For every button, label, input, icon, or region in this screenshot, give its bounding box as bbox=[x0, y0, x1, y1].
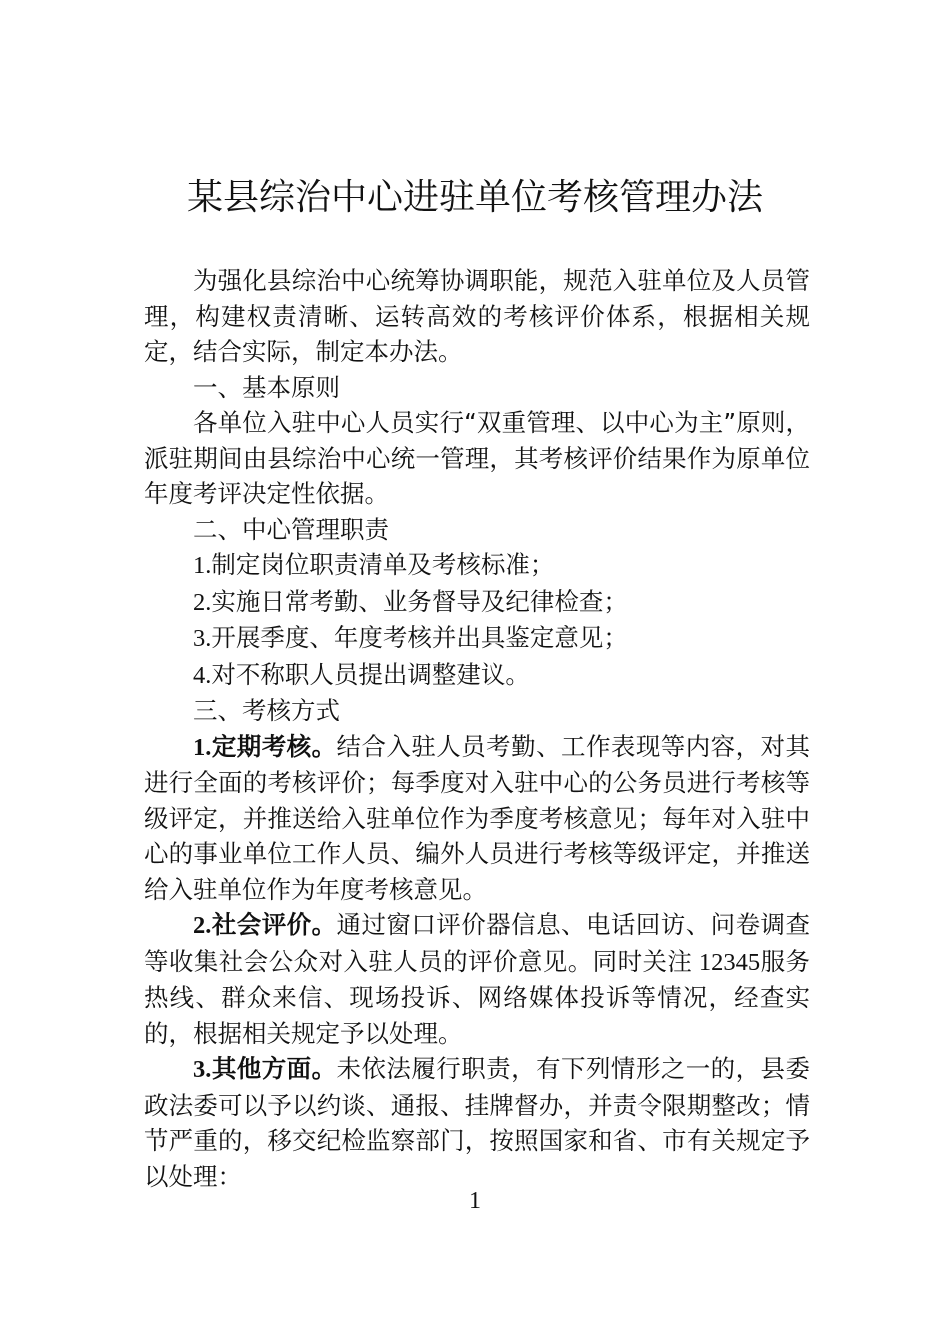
item-text: 对不称职人员提出调整建议。 bbox=[211, 660, 530, 689]
intro-paragraph: 为强化县综治中心统筹协调职能，规范入驻单位及人员管理，构建权责清晰、运转高效的考… bbox=[144, 263, 810, 370]
item-number: 3. bbox=[193, 625, 211, 652]
document-title: 某县综治中心进驻单位考核管理办法 bbox=[0, 170, 950, 226]
section-1-paragraph: 各单位入驻中心人员实行“双重管理、以中心为主”原则，派驻期间由县综治中心统一管理… bbox=[144, 405, 810, 512]
duty-item-4: 4.对不称职人员提出调整建议。 bbox=[144, 657, 810, 694]
document-page: 某县综治中心进驻单位考核管理办法 为强化县综治中心统筹协调职能，规范入驻单位及人… bbox=[0, 0, 950, 1344]
method-paragraph-2: 2.社会评价。通过窗口评价器信息、电话回访、问卷调查等收集社会公众对入驻人员的评… bbox=[144, 907, 810, 1051]
section-heading-1: 一、基本原则 bbox=[144, 370, 810, 406]
section-heading-3: 三、考核方式 bbox=[144, 693, 810, 729]
item-number: 4. bbox=[193, 662, 211, 689]
method-paragraph-1: 1.定期考核。结合入驻人员考勤、工作表现等内容，对其进行全面的考核评价；每季度对… bbox=[144, 729, 810, 908]
method-label: 社会评价。 bbox=[211, 910, 336, 939]
item-text: 开展季度、年度考核并出具鉴定意见； bbox=[211, 623, 628, 652]
method-number: 1. bbox=[193, 734, 211, 761]
item-text: 实施日常考勤、业务督导及纪律检查； bbox=[211, 587, 628, 616]
duty-item-1: 1.制定岗位职责清单及考核标准； bbox=[144, 547, 810, 584]
method-paragraph-3: 3.其他方面。未依法履行职责，有下列情形之一的，县委政法委可以予以约谈、通报、挂… bbox=[144, 1051, 810, 1194]
section-heading-2: 二、中心管理职责 bbox=[144, 512, 810, 548]
duty-item-2: 2.实施日常考勤、业务督导及纪律检查； bbox=[144, 584, 810, 621]
page-number: 1 bbox=[0, 1188, 950, 1215]
item-number: 1. bbox=[193, 552, 211, 579]
duty-item-3: 3.开展季度、年度考核并出具鉴定意见； bbox=[144, 620, 810, 657]
method-number: 2. bbox=[193, 912, 211, 939]
hotline-number: 12345 bbox=[692, 949, 760, 976]
item-text: 制定岗位职责清单及考核标准； bbox=[211, 550, 554, 579]
method-number: 3. bbox=[193, 1056, 211, 1083]
item-number: 2. bbox=[193, 589, 211, 616]
document-body: 为强化县综治中心统筹协调职能，规范入驻单位及人员管理，构建权责清晰、运转高效的考… bbox=[144, 263, 810, 1194]
method-label: 定期考核。 bbox=[211, 732, 336, 761]
method-label: 其他方面。 bbox=[211, 1054, 336, 1083]
